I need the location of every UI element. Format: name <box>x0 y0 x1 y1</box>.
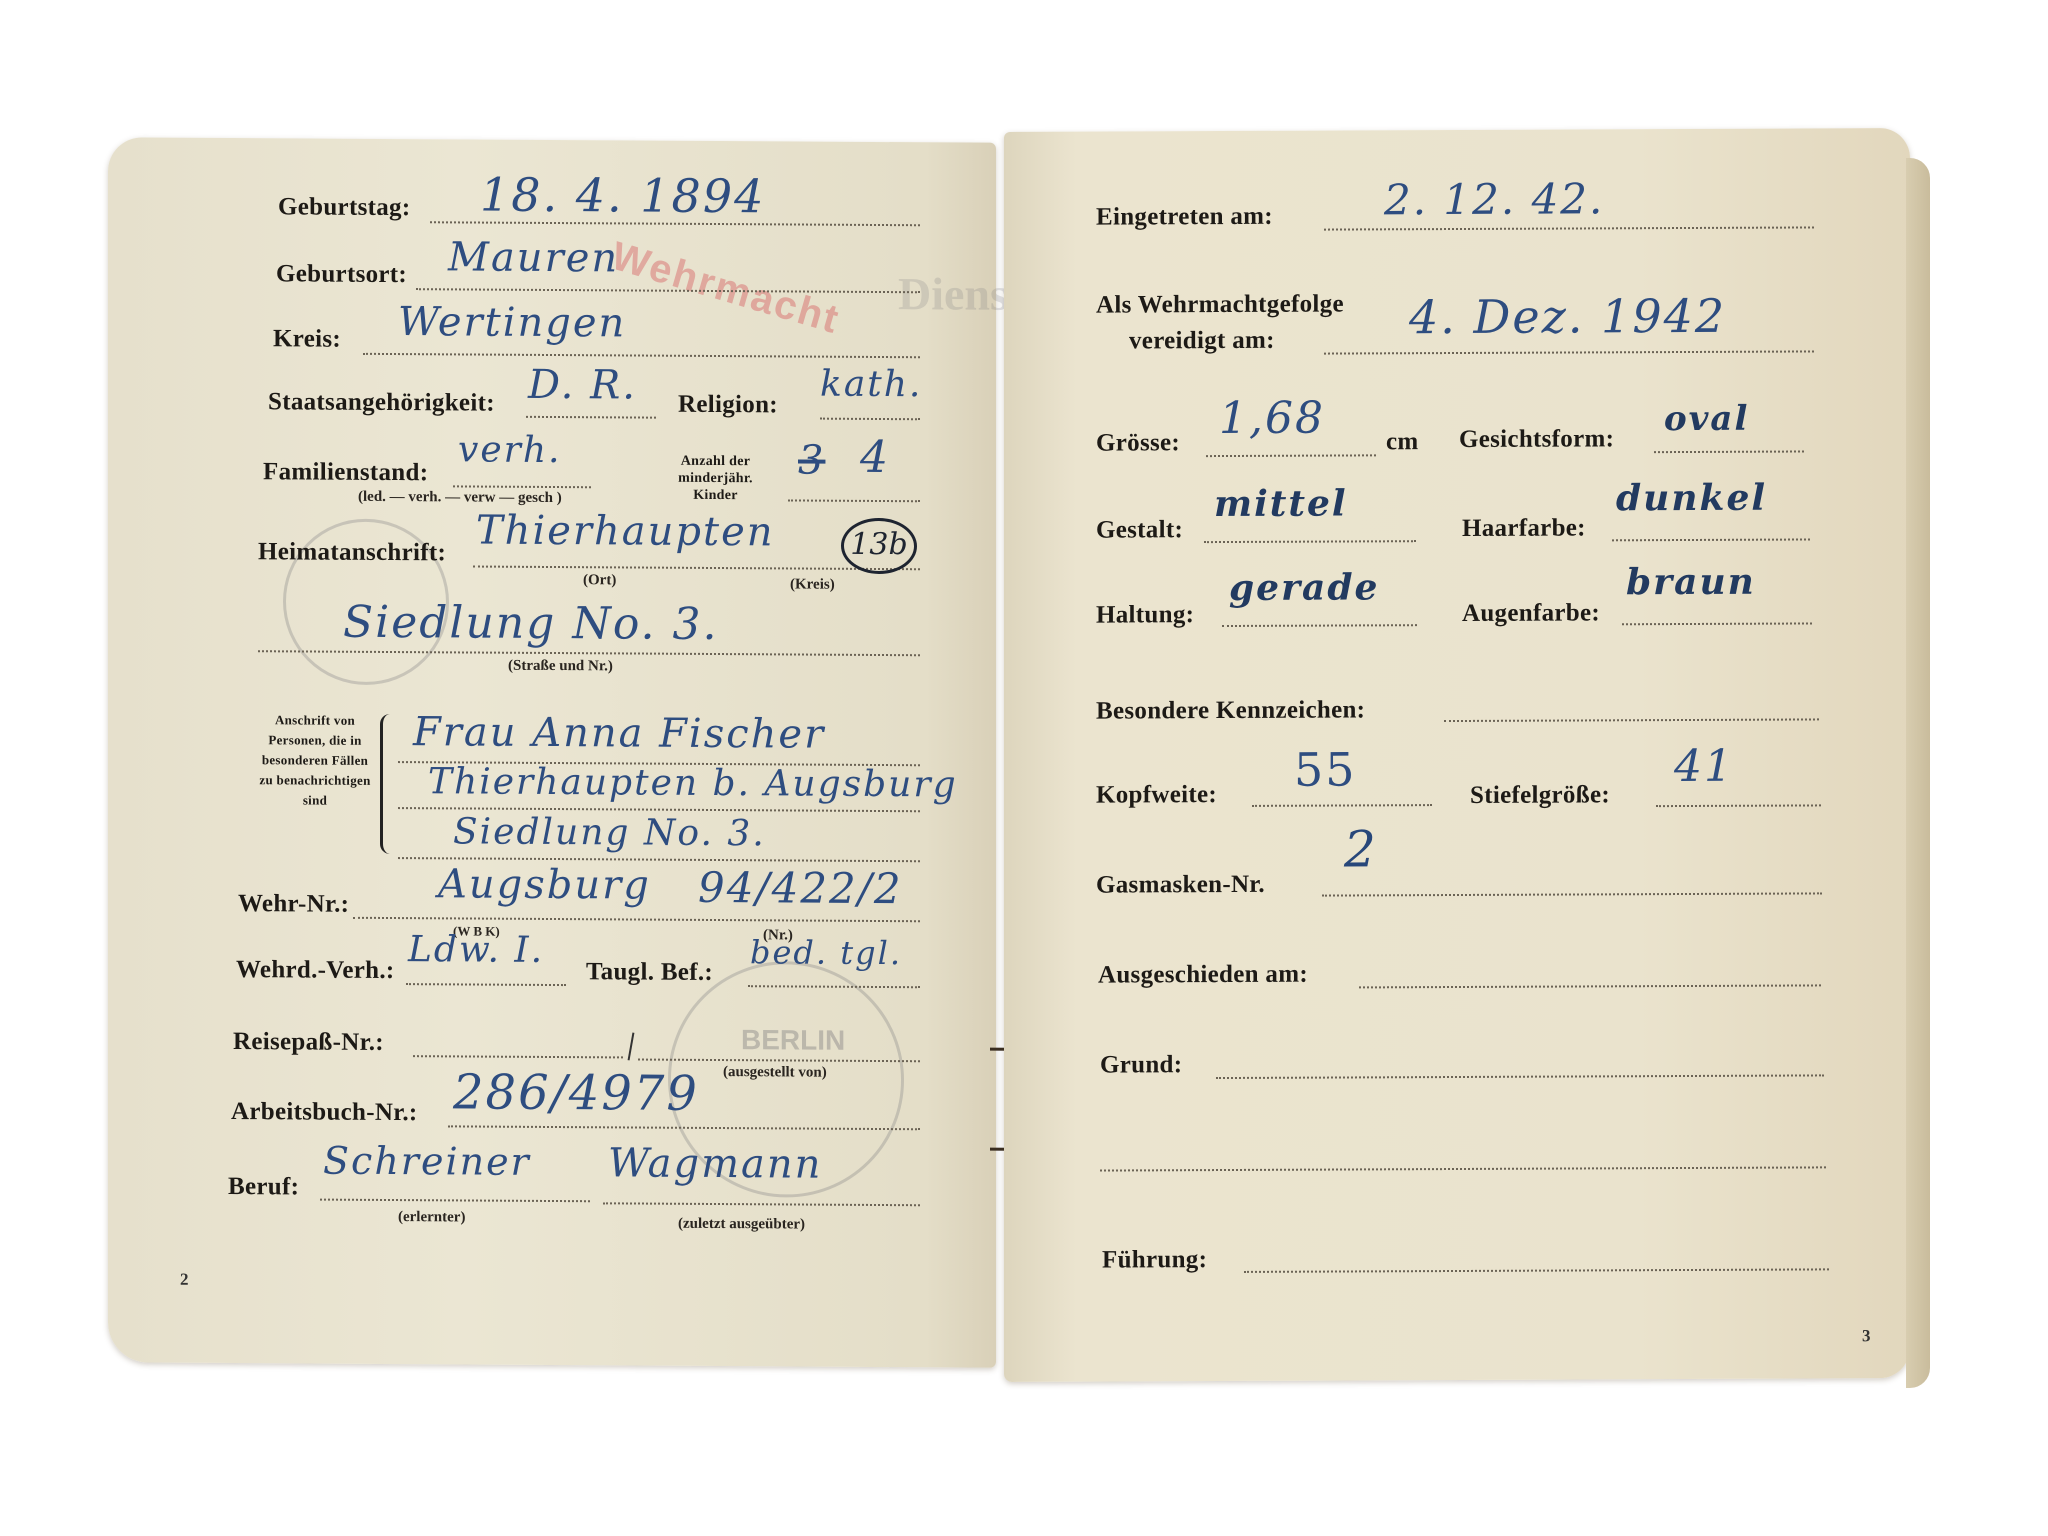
label-familienstand: Familienstand: <box>263 458 428 487</box>
value-familienstand[interactable]: verh. <box>458 429 561 471</box>
line-grund-2[interactable] <box>1100 1166 1826 1171</box>
label-kinder: Anzahl der minderjähr. Kinder <box>658 453 773 505</box>
line-wehrd-verh <box>406 983 566 986</box>
label-benachrichtigung: Anschrift von Personen, die in besondere… <box>256 710 374 811</box>
label-groesse-unit: cm <box>1386 428 1419 456</box>
label-arbeitsbuch: Arbeitsbuch-Nr.: <box>231 1098 418 1127</box>
label-heimatanschrift: Heimatanschrift: <box>258 538 446 567</box>
value-taugl-bef[interactable]: bed. tgl. <box>750 933 902 972</box>
left-page: Wehrmacht Dienststelle BERLIN Geburtstag… <box>108 137 996 1367</box>
label-wehrd-verh: Wehrd.-Verh.: <box>236 956 395 985</box>
value-heimat-ort[interactable]: Thierhaupten <box>476 508 775 556</box>
label-gestalt: Gestalt: <box>1096 516 1183 544</box>
label-religion: Religion: <box>678 391 778 420</box>
line-beruf-erlernt <box>320 1199 590 1203</box>
right-page: Eingetreten am: 2. 12. 42. Als Wehrmacht… <box>1004 128 1910 1382</box>
value-benachrichtigung-1[interactable]: Frau Anna Fischer <box>413 709 825 758</box>
value-benachrichtigung-3[interactable]: Siedlung No. 3. <box>453 811 766 854</box>
value-kreis[interactable]: Wertingen <box>398 299 626 346</box>
value-geburtstag[interactable]: 18. 4. 1894 <box>480 168 765 224</box>
line-staatsangehoerigkeit <box>526 416 656 419</box>
label-geburtstag: Geburtstag: <box>278 193 410 222</box>
hint-kreis: (Kreis) <box>790 576 835 593</box>
hint-erlernter: (erlernter) <box>398 1209 465 1226</box>
value-haltung[interactable]: gerade <box>1229 566 1379 609</box>
value-wehr-nr[interactable]: 94/422/2 <box>698 863 903 913</box>
label-groesse: Grösse: <box>1096 429 1180 457</box>
show-through-text <box>1664 179 1673 217</box>
line-beruf-zuletzt <box>603 1202 920 1206</box>
label-geburtsort: Geburtsort: <box>276 260 407 289</box>
stamp-city-text: BERLIN <box>741 1024 845 1057</box>
label-eingetreten: Eingetreten am: <box>1096 203 1273 232</box>
value-staatsangehoerigkeit[interactable]: D. R. <box>528 362 637 409</box>
line-gestalt <box>1204 540 1416 543</box>
value-beruf-zuletzt[interactable]: Wagmann <box>608 1140 822 1187</box>
line-wehr-nr <box>353 917 920 922</box>
line-fuehrung[interactable] <box>1244 1268 1829 1273</box>
label-beruf: Beruf: <box>228 1173 299 1201</box>
label-gesichtsform: Gesichtsform: <box>1459 425 1614 454</box>
line-ausgeschieden[interactable] <box>1359 984 1821 988</box>
divider-slash <box>628 1033 635 1061</box>
value-gasmasken[interactable]: 2 <box>1344 820 1378 878</box>
line-eingetreten <box>1324 226 1814 230</box>
value-eingetreten[interactable]: 2. 12. 42. <box>1384 174 1604 224</box>
value-kopfweite[interactable]: 55 <box>1294 742 1357 796</box>
value-vereidigt[interactable]: 4. Dez. 1942 <box>1409 289 1726 344</box>
label-augenfarbe: Augenfarbe: <box>1462 599 1600 628</box>
value-benachrichtigung-2[interactable]: Thierhaupten b. Augsburg <box>428 761 958 805</box>
line-stiefelgroesse <box>1656 804 1821 807</box>
value-geburtsort[interactable]: Mauren <box>448 234 619 281</box>
line-grund[interactable] <box>1216 1074 1824 1079</box>
hint-ort: (Ort) <box>583 572 616 589</box>
value-heimat-strasse[interactable]: Siedlung No. 3. <box>343 597 719 650</box>
value-kinder[interactable]: 4 <box>860 432 890 483</box>
page-number-left: 2 <box>180 1270 189 1290</box>
label-vereidigt-line2: vereidigt am: <box>1129 327 1275 356</box>
label-haltung: Haltung: <box>1096 601 1194 629</box>
label-kreis: Kreis: <box>273 325 341 353</box>
label-staatsangehoerigkeit: Staatsangehörigkeit: <box>268 388 495 417</box>
value-kinder-struck: 3 <box>798 438 825 484</box>
line-religion <box>820 418 920 421</box>
line-augenfarbe <box>1622 622 1812 625</box>
hint-strasse: (Straße und Nr.) <box>508 658 613 676</box>
value-gesichtsform[interactable]: oval <box>1664 399 1749 439</box>
value-arbeitsbuch[interactable]: 286/4979 <box>453 1064 699 1122</box>
label-kopfweite: Kopfweite: <box>1096 781 1217 810</box>
line-kennzeichen[interactable] <box>1444 718 1819 722</box>
line-haltung <box>1222 624 1417 627</box>
line-gesichtsform <box>1654 450 1804 453</box>
label-vereidigt-line1: Als Wehrmachtgefolge <box>1096 290 1344 319</box>
value-haarfarbe[interactable]: dunkel <box>1616 477 1767 520</box>
line-gasmasken <box>1322 892 1822 896</box>
hint-familienstand: (led. — verh. — verw — gesch ) <box>358 489 562 507</box>
value-stiefelgroesse[interactable]: 41 <box>1674 741 1734 792</box>
red-stamp: Wehrmacht <box>606 234 844 343</box>
value-wehrd-verh[interactable]: Ldw. I. <box>408 929 544 971</box>
value-wehr-wbk[interactable]: Augsburg <box>438 861 651 908</box>
line-haarfarbe <box>1612 538 1810 541</box>
line-reisepass <box>413 1055 623 1058</box>
hint-zuletzt: (zuletzt ausgeübter) <box>678 1216 805 1234</box>
circled-kreis-code: 13b <box>841 518 917 574</box>
brace <box>380 714 393 854</box>
value-augenfarbe[interactable]: braun <box>1626 561 1756 604</box>
line-kreis <box>363 353 920 358</box>
value-gestalt[interactable]: mittel <box>1214 482 1348 525</box>
label-grund: Grund: <box>1100 1051 1182 1079</box>
label-reisepass: Reisepaß-Nr.: <box>233 1028 384 1057</box>
line-groesse <box>1206 454 1376 457</box>
value-groesse[interactable]: 1,68 <box>1219 393 1325 444</box>
label-fuehrung: Führung: <box>1102 1246 1207 1274</box>
value-religion[interactable]: kath. <box>820 364 922 406</box>
label-stiefelgroesse: Stiefelgröße: <box>1470 781 1610 810</box>
label-taugl-bef: Taugl. Bef.: <box>586 958 713 987</box>
label-ausgeschieden: Ausgeschieden am: <box>1098 961 1308 990</box>
label-gasmasken: Gasmasken-Nr. <box>1096 871 1265 900</box>
label-wehr-nr: Wehr-Nr.: <box>238 890 349 919</box>
line-familienstand <box>453 485 591 488</box>
label-haarfarbe: Haarfarbe: <box>1462 514 1586 543</box>
hint-ausgestellt: (ausgestellt von) <box>723 1064 827 1082</box>
line-kopfweite <box>1252 804 1432 807</box>
page-number-right: 3 <box>1862 1326 1871 1346</box>
line-kinder <box>788 499 920 502</box>
label-kennzeichen: Besondere Kennzeichen: <box>1096 696 1365 725</box>
value-beruf-erlernt[interactable]: Schreiner <box>323 1139 531 1184</box>
page-stack-edge <box>1906 158 1930 1388</box>
line-vereidigt <box>1324 350 1814 354</box>
